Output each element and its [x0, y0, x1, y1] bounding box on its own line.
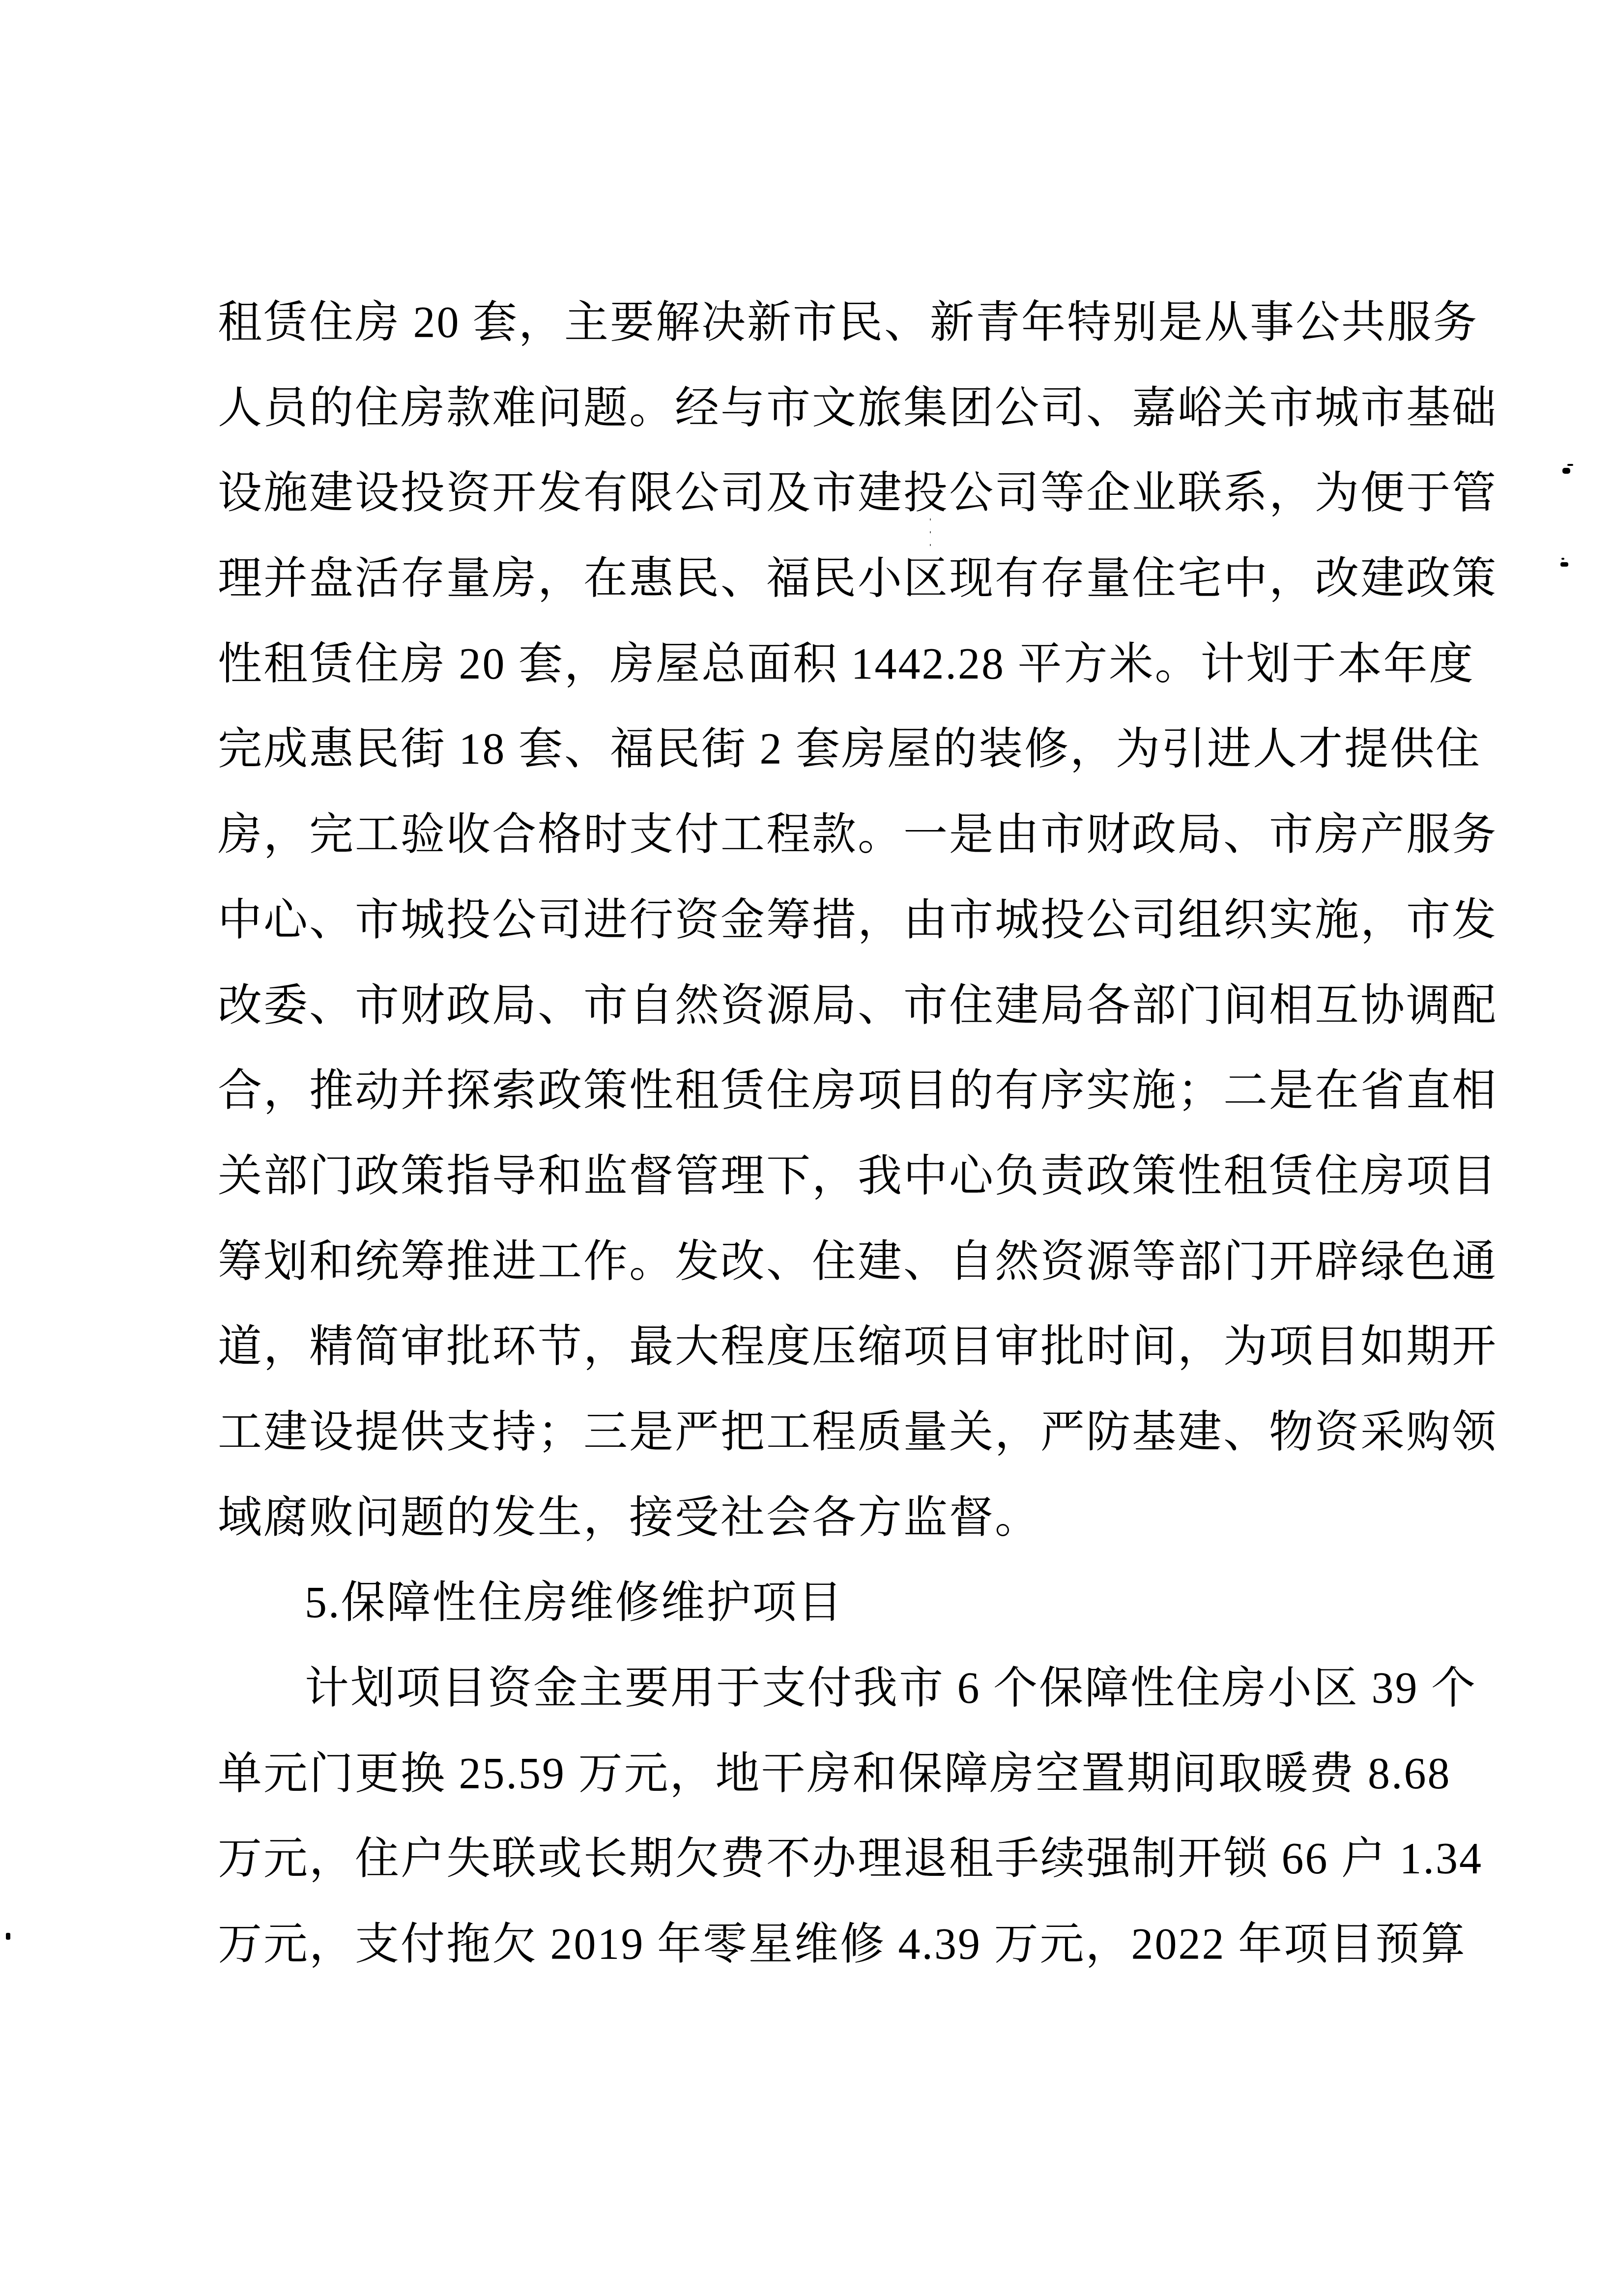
text-line: 工建设提供支持；三是严把工程质量关，严防基建、物资采购领	[218, 1390, 1403, 1475]
text-line: 人员的住房款难问题。经与市文旅集团公司、嘉峪关市城市基础	[218, 366, 1403, 451]
text-line: 合，推动并探索政策性租赁住房项目的有序实施；二是在省直相	[218, 1048, 1403, 1134]
text-line: 单元门更换 25.59 万元，地干房和保障房空置期间取暖费 8.68	[218, 1731, 1403, 1817]
ink-speck	[1567, 464, 1573, 466]
ink-speck	[1560, 562, 1568, 567]
text-line: 改委、市财政局、市自然资源局、市住建局各部门间相互协调配	[218, 963, 1403, 1049]
text-line: 设施建设投资开发有限公司及市建投公司等企业联系，为便于管	[218, 451, 1403, 536]
text-line: 计划项目资金主要用于支付我市 6 个保障性住房小区 39 个	[218, 1646, 1403, 1731]
text-line: 万元，支付拖欠 2019 年零星维修 4.39 万元，2022 年项目预算	[218, 1902, 1403, 1987]
text-line: 关部门政策指导和监督管理下，我中心负责政策性租赁住房项目	[218, 1134, 1403, 1219]
text-line: 中心、市城投公司进行资金筹措，由市城投公司组织实施，市发	[218, 878, 1403, 963]
text-line: 性租赁住房 20 套，房屋总面积 1442.28 平方米。计划于本年度	[218, 622, 1403, 707]
text-line: 租赁住房 20 套，主要解决新市民、新青年特别是从事公共服务	[218, 280, 1403, 366]
text-block: 租赁住房 20 套，主要解决新市民、新青年特别是从事公共服务 人员的住房款难问题…	[218, 280, 1403, 1987]
ink-speck	[1561, 558, 1564, 560]
document-page: 租赁住房 20 套，主要解决新市民、新青年特别是从事公共服务 人员的住房款难问题…	[0, 0, 1614, 2296]
text-line: 道，精简审批环节，最大程度压缩项目审批时间，为项目如期开	[218, 1304, 1403, 1390]
ink-speck	[1562, 468, 1570, 474]
text-line: 理并盘活存量房，在惠民、福民小区现有存量住宅中，改建政策	[218, 536, 1403, 622]
text-line: 完成惠民街 18 套、福民街 2 套房屋的装修，为引进人才提供住	[218, 707, 1403, 792]
text-line: 万元，住户失联或长期欠费不办理退租手续强制开锁 66 户 1.34	[218, 1816, 1403, 1902]
ink-speck	[6, 1933, 10, 1940]
text-line: 房，完工验收合格时支付工程款。一是由市财政局、市房产服务	[218, 792, 1403, 878]
text-line: 筹划和统筹推进工作。发改、住建、自然资源等部门开辟绿色通	[218, 1219, 1403, 1305]
scan-dotted-line-artifact	[930, 518, 931, 551]
section-heading-line: 5.保障性住房维修维护项目	[218, 1560, 1403, 1646]
text-line: 域腐败问题的发生，接受社会各方监督。	[218, 1475, 1403, 1561]
